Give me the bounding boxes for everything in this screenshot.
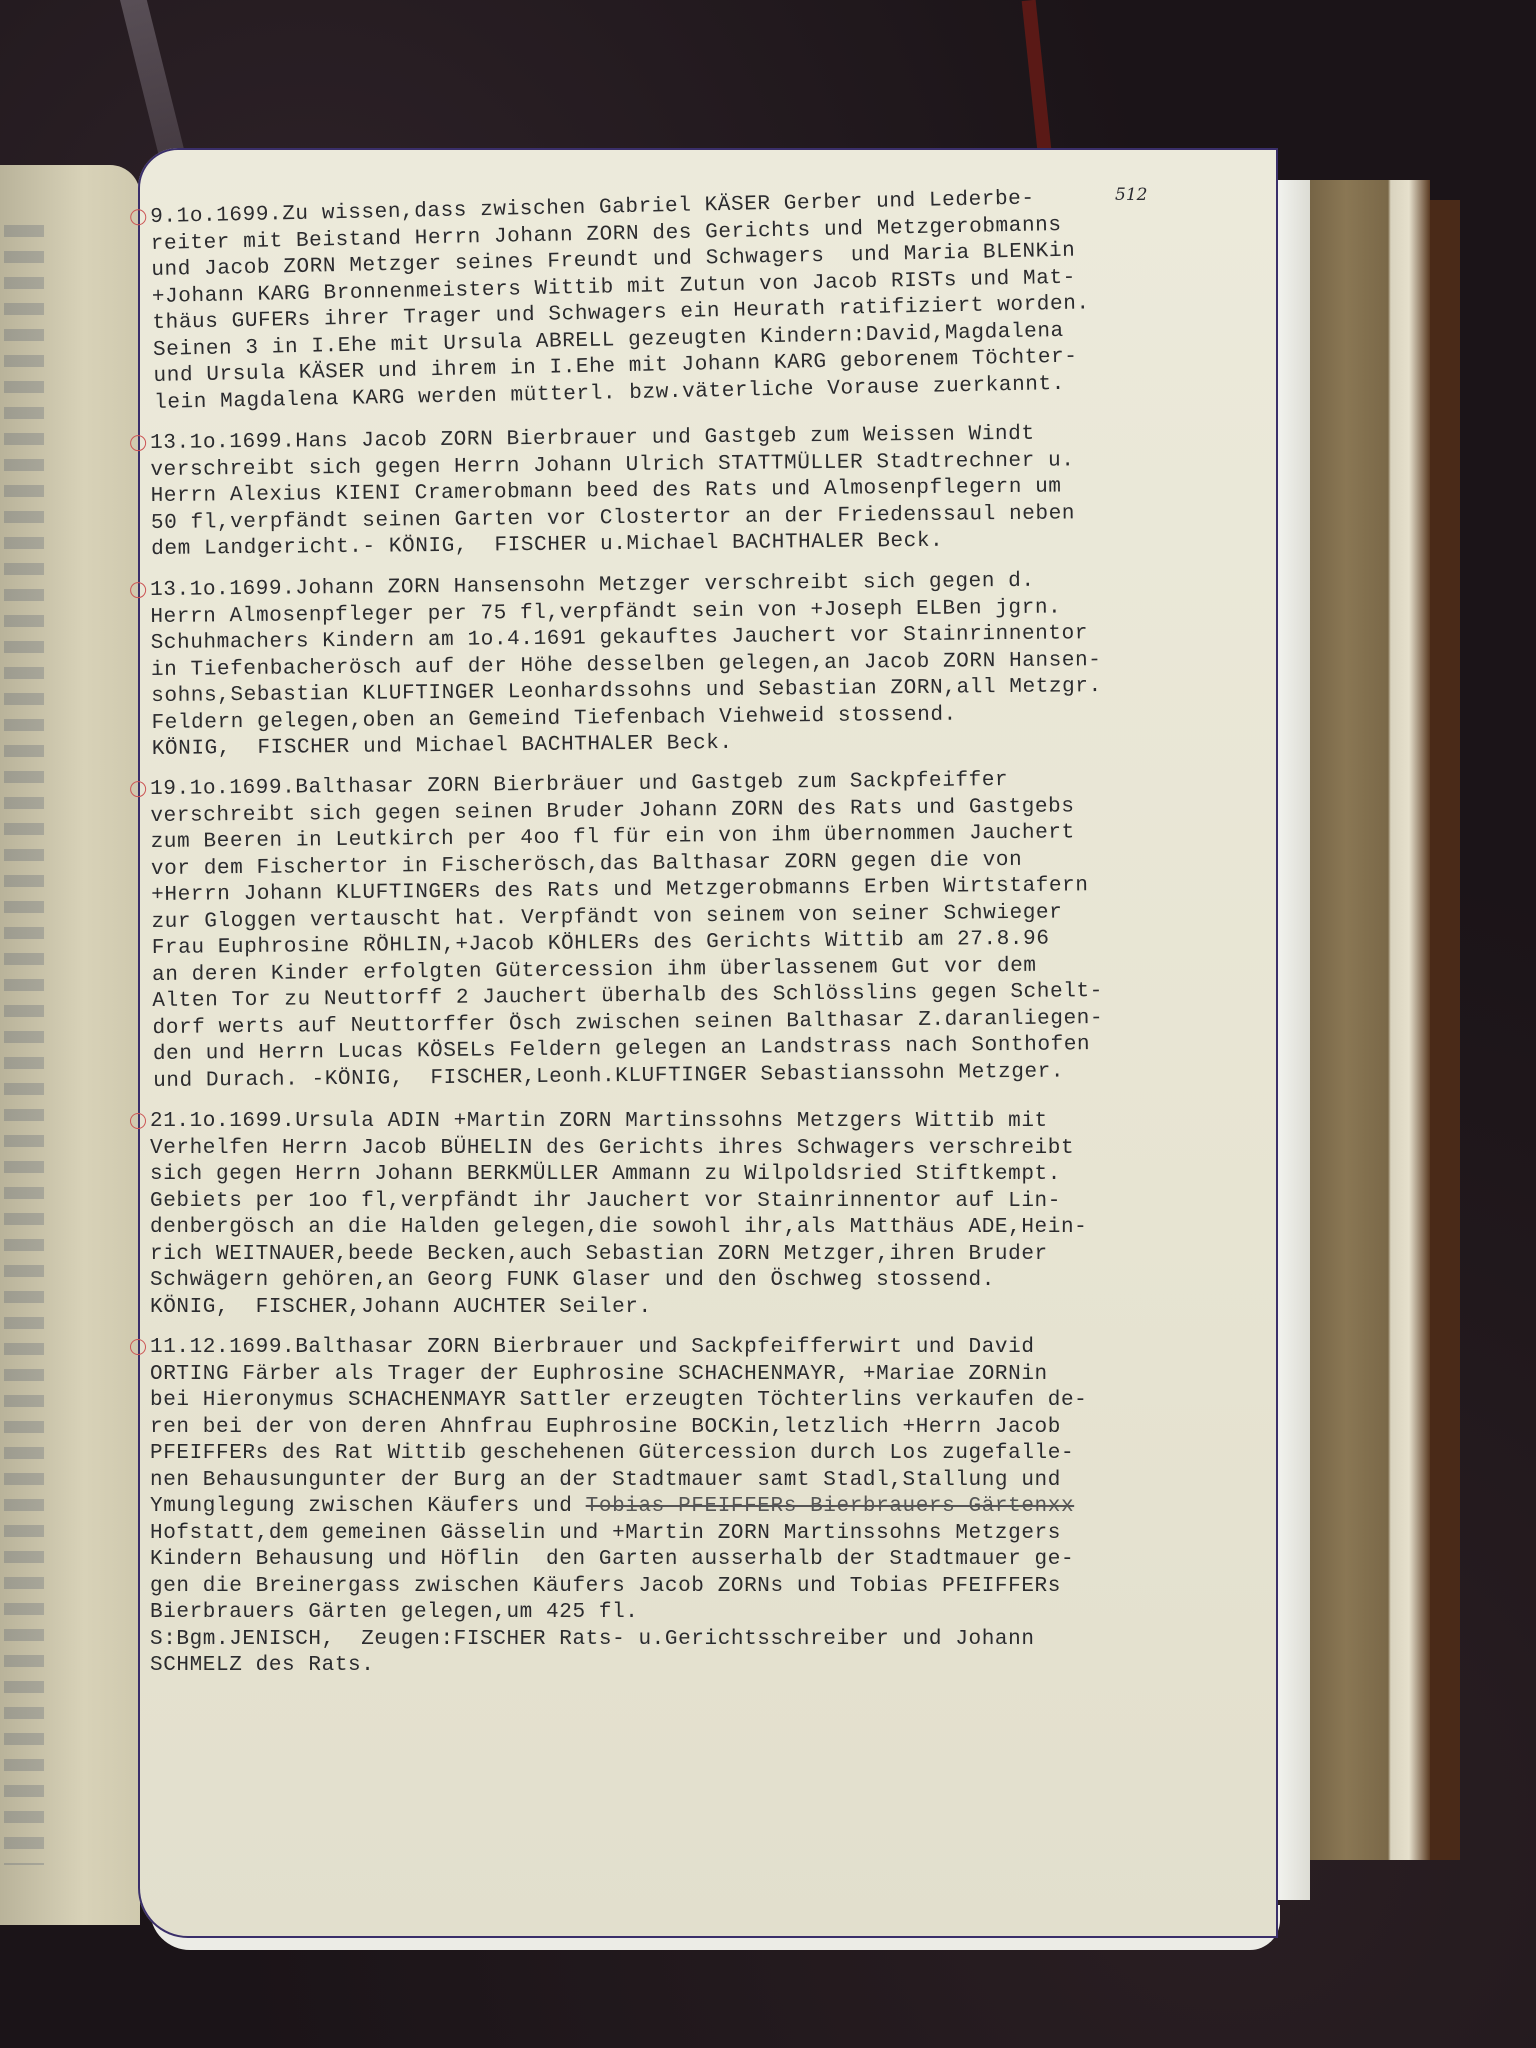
left-facing-page — [0, 165, 140, 1925]
entry-1699-10-13-hans-jacob: 13.1o.1699.Hans Jacob ZORN Bierbrauer un… — [150, 419, 1251, 563]
text-line: Bierbrauers Gärten gelegen,um 425 fl. — [150, 1600, 1250, 1627]
text-line: 21.1o.1699.Ursula ADIN +Martin ZORN Mart… — [150, 1109, 1250, 1136]
text-line: sich gegen Herrn Johann BERKMÜLLER Amman… — [150, 1162, 1250, 1189]
text-line: S:Bgm.JENISCH, Zeugen:FISCHER Rats- u.Ge… — [150, 1627, 1250, 1654]
entry-1699-10-19: 19.1o.1699.Balthasar ZORN Bierbräuer und… — [150, 765, 1253, 1095]
book-cover-edge — [1430, 200, 1460, 1860]
text-line: nen Behausungunter der Burg an der Stadt… — [150, 1468, 1250, 1495]
text-line: Schwägern gehören,an Georg FUNK Glaser u… — [150, 1268, 1250, 1295]
struck-out-text: Tobias PFEIFFERs Bierbrauers Gärtenxx — [586, 1495, 1074, 1518]
text-line: SCHMELZ des Rats. — [150, 1653, 1250, 1680]
margin-annotation-circle — [130, 781, 146, 797]
entry-1699-10-13-johann: 13.1o.1699.Johann ZORN Hansensohn Metzge… — [150, 566, 1252, 763]
text-line: PFEIFFERs des Rat Wittib geschehenen Güt… — [150, 1441, 1250, 1468]
text-line: 11.12.1699.Balthasar ZORN Bierbrauer und… — [150, 1335, 1250, 1362]
text-line: Hofstatt,dem gemeinen Gässelin und +Mart… — [150, 1521, 1250, 1548]
entry-1699-10-21: 21.1o.1699.Ursula ADIN +Martin ZORN Mart… — [150, 1109, 1250, 1321]
background-carpet-red-stripe — [1022, 0, 1053, 160]
entry-1699-10-09: 9.1o.1699.Zu wissen,dass zwischen Gabrie… — [150, 182, 1254, 417]
margin-annotation-circle — [130, 582, 146, 598]
document-body: 9.1o.1699.Zu wissen,dass zwischen Gabrie… — [150, 205, 1250, 1694]
margin-annotation-circle — [130, 1113, 146, 1129]
text-line: bei Hieronymus SCHACHENMAYR Sattler erze… — [150, 1388, 1250, 1415]
text-line: KÖNIG, FISCHER,Johann AUCHTER Seiler. — [150, 1295, 1250, 1322]
text-line: Gebiets per 1oo fl,verpfändt ihr Jaucher… — [150, 1189, 1250, 1216]
text-line: ORTING Färber als Trager der Euphrosine … — [150, 1362, 1250, 1389]
margin-annotation-circle — [130, 435, 146, 451]
text-line: Ymunglegung zwischen Käufers und Tobias … — [150, 1494, 1250, 1521]
text-line: Verhelfen Herrn Jacob BÜHELIN des Gerich… — [150, 1136, 1250, 1163]
margin-annotation-circle — [130, 1339, 146, 1355]
text-line: rich WEITNAUER,beede Becken,auch Sebasti… — [150, 1242, 1250, 1269]
text-line: Kindern Behausung und Höflin den Garten … — [150, 1547, 1250, 1574]
text-line: ren bei der von deren Ahnfrau Euphrosine… — [150, 1415, 1250, 1442]
text-line: gen die Breinergass zwischen Käufers Jac… — [150, 1574, 1250, 1601]
left-page-faded-text — [4, 225, 44, 1865]
book-page-edges — [1290, 180, 1430, 1860]
text-line: denbergösch an die Halden gelegen,die so… — [150, 1215, 1250, 1242]
entry-1699-12-11: 11.12.1699.Balthasar ZORN Bierbrauer und… — [150, 1335, 1250, 1680]
